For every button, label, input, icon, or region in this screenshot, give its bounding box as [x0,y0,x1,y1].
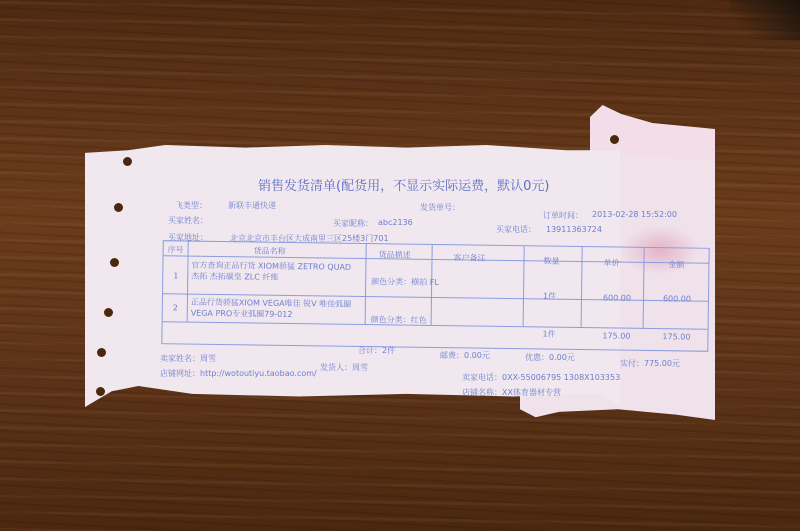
shipping-type: 新联丰通快递 [228,200,276,211]
seller-phone: 卖家电话：0XX-55006795 1308X103353 [462,372,620,383]
row2-qty: 1件 [542,328,555,339]
col-header-amount: 金额 [668,259,684,270]
perforation-hole [114,203,123,212]
col-header-qty: 数量 [543,256,559,267]
perforation-hole [110,258,119,267]
row2-amount: 175.00 [662,332,690,341]
row1-desc: 颜色分类：横拍 FL [371,276,439,288]
shop-url: 店铺网址：http://wotoutiyu.taobao.com/ [160,368,317,379]
perforation-hole [123,157,132,166]
seller-name: 卖家姓名：周雪 [160,353,216,364]
background-shadow [730,0,800,40]
perforation-hole [104,308,113,317]
buyer-nick: abc2136 [378,218,413,227]
buyer-phone: 13911363724 [546,225,602,234]
receipt-title: 销售发货清单(配货用，不显示实际运费，默认0元) [258,175,549,194]
row2-name: 正品行货骄猛XIOM VEGA唯佳 锐V 唯佳弧圈VEGA PRO专业弧圈79-… [191,297,361,321]
perforation-hole [610,135,619,144]
perforation-hole [96,387,105,396]
col-header-name: 货品名称 [254,245,286,256]
discount: 优惠：0.00元 [525,352,575,363]
paid-amount: 实付：775.00元 [620,358,680,369]
order-time-label: 订单时间： [543,210,583,221]
col-header-desc: 货品描述 [378,249,410,260]
buyer-nick-label: 买家昵称： [333,218,373,229]
postage: 邮费：0.00元 [440,350,490,361]
total-count: 合计：2件 [358,345,395,356]
shipper: 发货人：周雪 [320,362,368,373]
row1-name: 官方查询正品行货 XIOM骄猛 ZETRO QUAD 杰拓 杰拓碳皇 ZLC 纤… [191,260,361,284]
col-header-remark: 客户备注 [453,252,485,263]
row1-qty: 1件 [543,291,556,302]
col-header-no: 序号 [168,244,184,255]
col-header-price: 单价 [603,257,619,268]
buyer-phone-label: 买家电话： [496,224,536,235]
buyer-name-label: 买家姓名： [168,215,208,226]
perforation-hole [97,348,106,357]
row2-price: 175.00 [602,331,630,340]
order-time: 2013-02-28 15:52:00 [592,210,677,219]
shipping-type-label: 飞类型： [175,200,207,211]
row2-desc: 颜色分类：红色 [371,314,427,326]
row1-no: 1 [173,271,178,280]
row1-amount: 600.00 [663,294,691,303]
row2-no: 2 [173,303,178,312]
shop-name: 店铺名称：XX体育器材专营 [462,387,561,398]
tracking-no-label: 发货单号： [420,202,460,213]
row1-price: 600.00 [603,293,631,302]
items-table: 序号 货品名称 货品描述 客户备注 数量 单价 金额 1 官方查询正品行货 XI… [161,240,709,352]
